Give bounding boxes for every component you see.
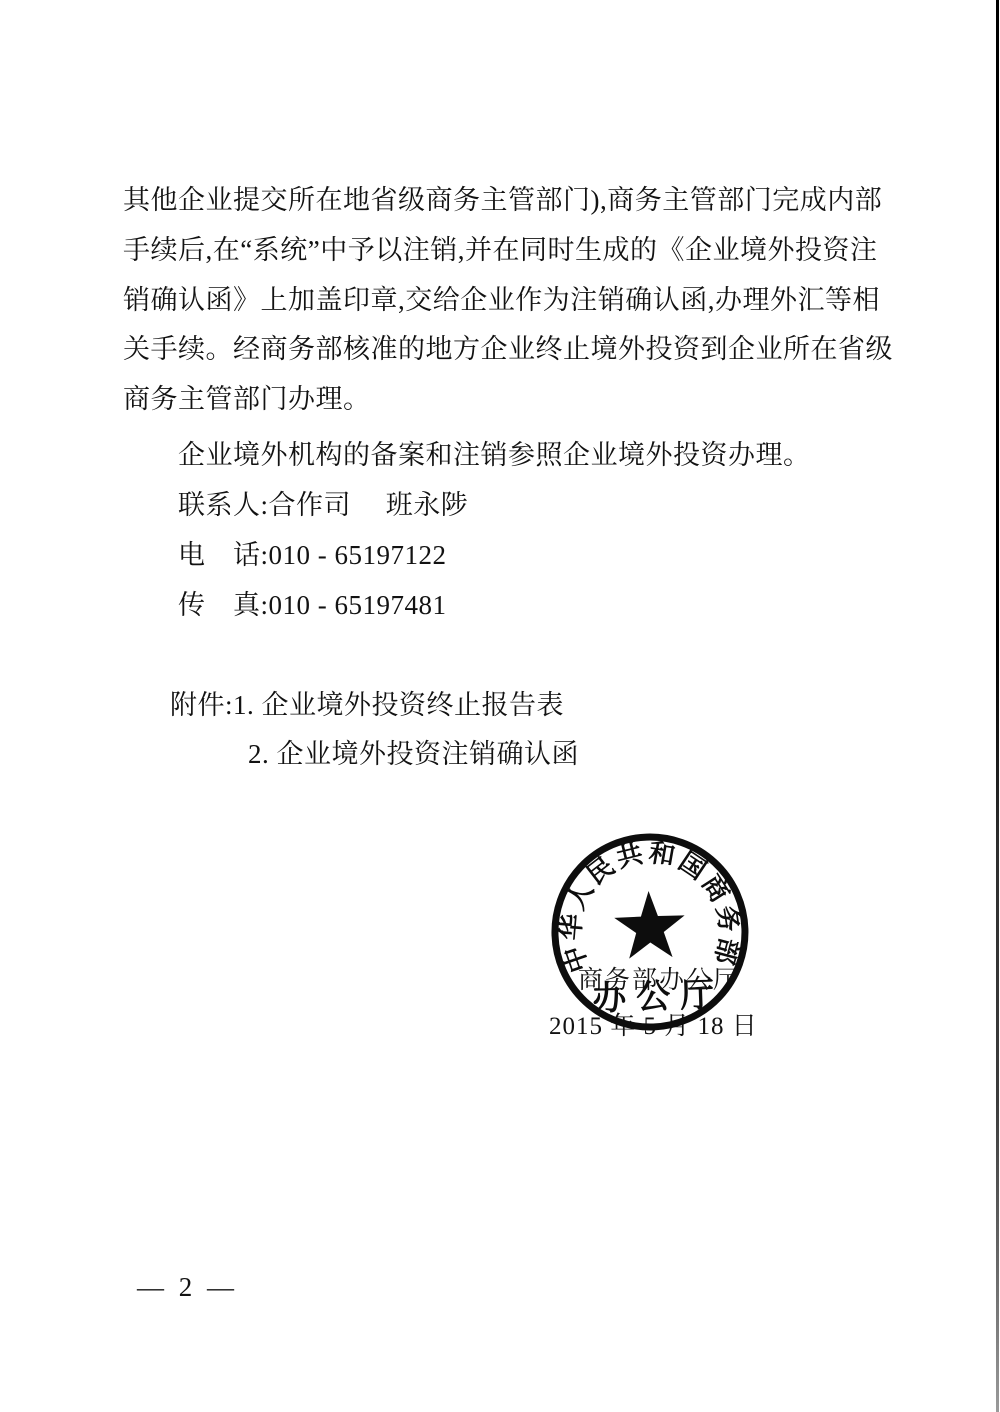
body-line-3: 销确认函》上加盖印章,交给企业作为注销确认函,办理外汇等相 — [123, 283, 880, 317]
body-line-5: 商务主管部门办理。 — [123, 382, 371, 416]
page-number: — 2 — — [137, 1272, 234, 1303]
official-seal: 中华人民共和国商务部 办公厅 — [534, 816, 768, 1050]
body-line-4: 关手续。经商务部核准的地方企业终止境外投资到企业所在省级 — [123, 332, 893, 366]
contact-phone-line: 电 话:010 - 65197122 — [178, 538, 447, 572]
contact-fax-line: 传 真:010 - 65197481 — [178, 588, 447, 622]
body-line-6: 企业境外机构的备案和注销参照企业境外投资办理。 — [178, 438, 811, 472]
body-line-1: 其他企业提交所在地省级商务主管部门),商务主管部门完成内部 — [123, 183, 882, 217]
scan-edge-artifact-line — [996, 0, 999, 1412]
seal-bottom-text: 办公厅 — [592, 975, 725, 1018]
contact-person-line: 联系人:合作司 班永陟 — [178, 488, 468, 522]
body-line-2: 手续后,在“系统”中予以注销,并在同时生成的《企业境外投资注 — [123, 233, 877, 267]
star-icon — [613, 890, 686, 959]
seal-graphic: 中华人民共和国商务部 办公厅 — [534, 816, 768, 1050]
scanned-document-page: 其他企业提交所在地省级商务主管部门),商务主管部门完成内部 手续后,在“系统”中… — [0, 0, 1000, 1412]
attachment-line-2: 2. 企业境外投资注销确认函 — [248, 737, 579, 771]
attachment-line-1: 附件:1. 企业境外投资终止报告表 — [170, 688, 564, 722]
